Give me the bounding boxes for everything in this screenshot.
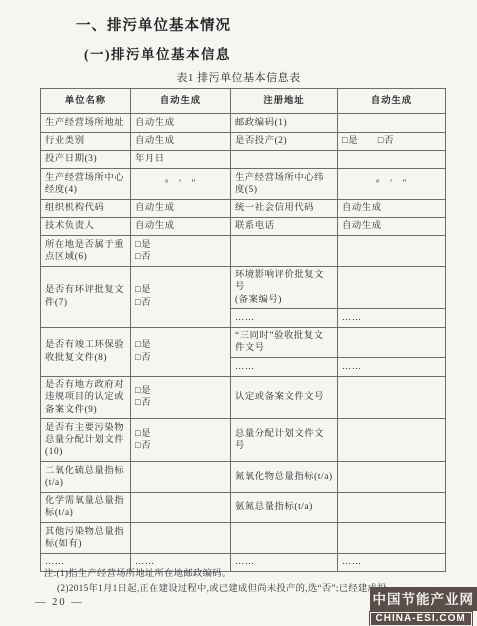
checkbox-cell: □是 □否 xyxy=(131,266,231,327)
table-cell: 是否有地方政府对违规项目的认定或备案文件(9) xyxy=(41,376,131,419)
table-cell: 氮氧化物总量指标(t/a) xyxy=(231,462,338,493)
table-cell: 自动生成 xyxy=(131,217,231,235)
table-cell: 所在地是否属于重点区域(6) xyxy=(41,236,131,267)
checkbox-cell: □是 □否 xyxy=(131,236,231,267)
table-cell xyxy=(231,236,338,267)
checkbox-cell: □是 □否 xyxy=(131,327,231,376)
column-header: 自动生成 xyxy=(131,89,231,114)
table-cell xyxy=(338,492,446,523)
column-header: 单位名称 xyxy=(41,89,131,114)
table-cell: 统一社会信用代码 xyxy=(231,199,338,217)
table-cell: 其他污染物总量指标(如有) xyxy=(41,523,131,554)
table-cell: 生产经营场所中心经度(4) xyxy=(41,169,131,200)
subsection-title: (一)排污单位基本信息 xyxy=(84,43,231,63)
table-row: 二氧化硫总量指标(t/a) 氮氧化物总量指标(t/a) xyxy=(41,462,446,493)
column-header: 自动生成 xyxy=(338,89,446,114)
table-row: 是否有地方政府对违规项目的认定或备案文件(9) □是 □否 认定或备案文件文号 xyxy=(41,376,446,419)
table-row: 行业类别 自动生成 是否投产(2) □是 □否 xyxy=(41,132,446,150)
table-cell: 是否有主要污染物总量分配计划文件(10) xyxy=(41,419,131,462)
table-row: 是否有主要污染物总量分配计划文件(10) □是 □否 总量分配计划文件文号 xyxy=(41,419,446,462)
table-cell: 联系电话 xyxy=(231,217,338,235)
checkbox-cell: □是 □否 xyxy=(131,419,231,462)
table-cell xyxy=(131,462,231,493)
table-cell xyxy=(231,523,338,554)
table-cell: 投产日期(3) xyxy=(41,150,131,168)
watermark-cn-text: 中国节能产业网 xyxy=(370,587,477,611)
table-row: 生产经营场所地址 自动生成 邮政编码(1) xyxy=(41,114,446,132)
table-cell: …… xyxy=(338,309,446,327)
table-row: 投产日期(3) 年月日 xyxy=(41,150,446,168)
table-cell: □是 □否 xyxy=(338,132,446,150)
table-cell: 自动生成 xyxy=(338,217,446,235)
table-row: 技术负责人 自动生成 联系电话 自动生成 xyxy=(41,217,446,235)
table-cell: ° ′ ″ xyxy=(338,169,446,200)
table-cell: 是否有环评批复文件(7) xyxy=(41,266,131,327)
table-caption: 表1 排污单位基本信息表 xyxy=(0,69,477,85)
table-header-row: 单位名称 自动生成 注册地址 自动生成 xyxy=(41,89,446,114)
basic-info-table: 单位名称 自动生成 注册地址 自动生成 生产经营场所地址 自动生成 邮政编码(1… xyxy=(40,88,446,572)
table-cell: 化学需氧量总量指标(t/a) xyxy=(41,492,131,523)
table-cell xyxy=(131,523,231,554)
table-cell xyxy=(338,523,446,554)
table-cell: 组织机构代码 xyxy=(41,199,131,217)
table-cell xyxy=(338,462,446,493)
table-row: 是否有竣工环保验收批复文件(8) □是 □否 “三同时”验收批复文件文号 xyxy=(41,327,446,358)
table-cell: 技术负责人 xyxy=(41,217,131,235)
table-cell xyxy=(338,114,446,132)
table-cell xyxy=(231,150,338,168)
section-title: 一、排污单位基本情况 xyxy=(76,14,231,35)
table-cell xyxy=(338,327,446,358)
table-cell xyxy=(338,150,446,168)
table-row: 是否有环评批复文件(7) □是 □否 环境影响评价批复文号 (备案编号) xyxy=(41,266,446,309)
table-cell: 二氧化硫总量指标(t/a) xyxy=(41,462,131,493)
table-cell: 自动生成 xyxy=(338,199,446,217)
table-cell: 总量分配计划文件文号 xyxy=(231,419,338,462)
table-cell xyxy=(338,419,446,462)
table-cell: 生产经营场所地址 xyxy=(41,114,131,132)
column-header: 注册地址 xyxy=(231,89,338,114)
document-page: 一、排污单位基本情况 (一)排污单位基本信息 表1 排污单位基本信息表 单位名称… xyxy=(0,0,477,626)
table-row: 所在地是否属于重点区域(6) □是 □否 xyxy=(41,236,446,267)
table-cell: 是否有竣工环保验收批复文件(8) xyxy=(41,327,131,376)
table-cell: “三同时”验收批复文件文号 xyxy=(231,327,338,358)
table-cell: 邮政编码(1) xyxy=(231,114,338,132)
table-cell: 行业类别 xyxy=(41,132,131,150)
table-cell xyxy=(338,376,446,419)
table-cell xyxy=(338,236,446,267)
table-cell: …… xyxy=(231,309,338,327)
checkbox-cell: □是 □否 xyxy=(131,376,231,419)
table-cell xyxy=(338,266,446,309)
table-cell: 认定或备案文件文号 xyxy=(231,376,338,419)
table-row: 组织机构代码 自动生成 统一社会信用代码 自动生成 xyxy=(41,199,446,217)
table-cell: 年月日 xyxy=(131,150,231,168)
table-cell: …… xyxy=(338,358,446,376)
table-cell: 自动生成 xyxy=(131,114,231,132)
table-cell: 环境影响评价批复文号 (备案编号) xyxy=(231,266,338,309)
table-row: 化学需氧量总量指标(t/a) 氨氮总量指标(t/a) xyxy=(41,492,446,523)
table-cell: ° ′ ″ xyxy=(131,169,231,200)
watermark-en-text: CHINA-ESI.COM xyxy=(370,612,472,626)
watermark: 中国节能产业网 CHINA-ESI.COM xyxy=(370,587,477,626)
table-row: 其他污染物总量指标(如有) xyxy=(41,523,446,554)
table-cell: 自动生成 xyxy=(131,199,231,217)
page-number: — 20 — xyxy=(35,597,84,608)
note-line-1: 注:(1)指生产经营场所地址所在地邮政编码。 xyxy=(44,567,444,582)
table-cell: …… xyxy=(231,358,338,376)
table-cell xyxy=(131,492,231,523)
table-row: 生产经营场所中心经度(4) ° ′ ″ 生产经营场所中心纬度(5) ° ′ ″ xyxy=(41,169,446,200)
table-cell: 自动生成 xyxy=(131,132,231,150)
table-cell: 氨氮总量指标(t/a) xyxy=(231,492,338,523)
table-cell: 生产经营场所中心纬度(5) xyxy=(231,169,338,200)
table-cell: 是否投产(2) xyxy=(231,132,338,150)
